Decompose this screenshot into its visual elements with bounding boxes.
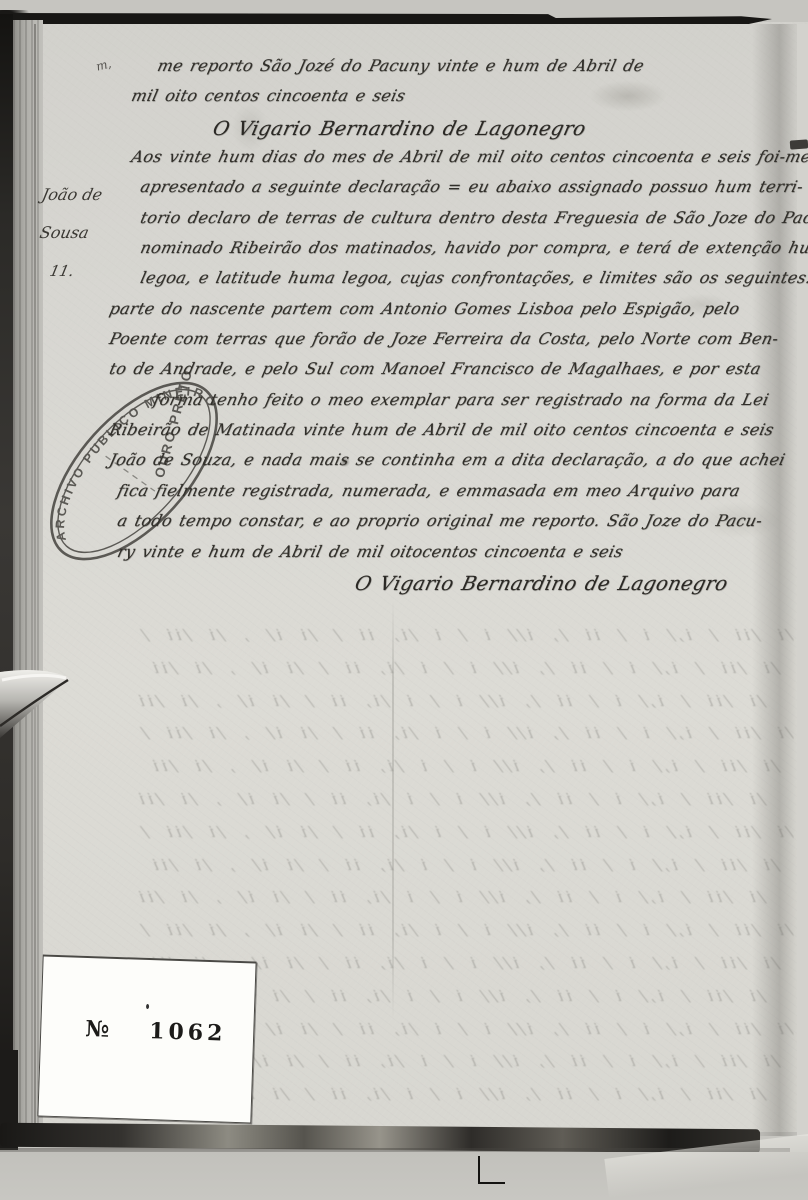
manuscript-line: to de Andrade, e pelo Sul com Manoel Fra… bbox=[103, 359, 800, 389]
manuscript-line: Poente com terras que forão de Joze Ferr… bbox=[103, 329, 800, 359]
pen-tip-body bbox=[0, 670, 70, 738]
manuscript-line: me reporto São Jozé do Pacuny vinte e hu… bbox=[103, 56, 800, 86]
manuscript-line: legoa, e latitude huma legoa, cujas conf… bbox=[103, 268, 800, 298]
manuscript-line: apresentado a seguinte declaração = eu a… bbox=[103, 177, 800, 207]
label-number: 1062 bbox=[109, 1017, 227, 1047]
manuscript-line: ry vinte e hum de Abril de mil oitocento… bbox=[103, 542, 800, 572]
bleed-row: /i /ii / i,/ i / ii /, i// i / i /i, ii … bbox=[138, 757, 794, 790]
numero-sign: № bbox=[85, 1016, 110, 1043]
scanned-manuscript-page: /i /ii / i,/ i / ii /, i// i / i /i, ii … bbox=[0, 0, 808, 1200]
label-text-row: № 1062 bbox=[41, 957, 256, 1048]
page-edges-stack bbox=[13, 20, 43, 1132]
bleed-row: /i /ii / i,/ i / ii /, i// i / i /i, ii … bbox=[138, 823, 794, 856]
book-top-edge bbox=[0, 13, 772, 24]
margin-note-line: 11. bbox=[22, 252, 90, 290]
manuscript-line: O Vigario Bernardino de Lagonegro bbox=[103, 117, 800, 147]
pen-tip bbox=[0, 644, 84, 748]
manuscript-line: mil oito centos cincoenta e seis bbox=[103, 86, 800, 116]
manuscript-line: João de Souza, e nada mais se continha e… bbox=[103, 450, 800, 480]
manuscript-line: parte do nascente partem com Antonio Gom… bbox=[103, 299, 800, 329]
archive-number-label: № 1062 bbox=[37, 954, 256, 1123]
manuscript-line: Ribeirão de Matinada vinte hum de Abril … bbox=[103, 420, 800, 450]
bleed-row: /i /ii / i,/ i / ii /, i// i / i /i, ii … bbox=[138, 856, 794, 889]
margin-note-line: João de bbox=[38, 176, 106, 214]
fiducial-corner-mark bbox=[478, 1156, 505, 1184]
manuscript-line: fica fielmente registrada, numerada, e e… bbox=[103, 481, 800, 511]
bleed-row: /i /ii / i,/ i / ii /, i// i / i /i, ii … bbox=[138, 626, 794, 659]
manuscript-line: O Vigario Bernardino de Lagonegro bbox=[103, 572, 800, 602]
manuscript-line: torio declaro de terras de cultura dentr… bbox=[103, 208, 800, 238]
bleed-row: /i /ii / i,/ i / ii /, i// i / i /i, ii … bbox=[138, 724, 794, 757]
bleed-row: /i /ii / i,/ i / ii /, i// i / i /i, ii … bbox=[138, 790, 794, 823]
bleed-row: /i /ii / i,/ i / ii /, i// i / i /i, ii … bbox=[138, 888, 794, 921]
fold-crease bbox=[392, 600, 394, 1020]
bleed-row: /i /ii / i,/ i / ii /, i// i / i /i, ii … bbox=[138, 659, 794, 692]
page-fold-line bbox=[34, 24, 36, 1128]
bleed-row: /i /ii / i,/ i / ii /, i// i / i /i, ii … bbox=[138, 692, 794, 725]
margin-note-line: Sousa bbox=[30, 214, 98, 252]
manuscript-line: Aos vinte hum dias do mes de Abril de mi… bbox=[103, 147, 800, 177]
book-spine bbox=[0, 14, 13, 1136]
manuscript-line: a todo tempo constar, e ao proprio origi… bbox=[103, 511, 800, 541]
manuscript-line: forma tenho feito o meo exemplar para se… bbox=[103, 390, 800, 420]
bleed-row: /i /ii / i,/ i / ii /, i// i / i /i, ii … bbox=[138, 921, 794, 954]
manuscript: me reporto São Jozé do Pacuny vinte e hu… bbox=[103, 56, 793, 602]
manuscript-line: nominado Ribeirão dos matinados, havido … bbox=[103, 238, 800, 268]
